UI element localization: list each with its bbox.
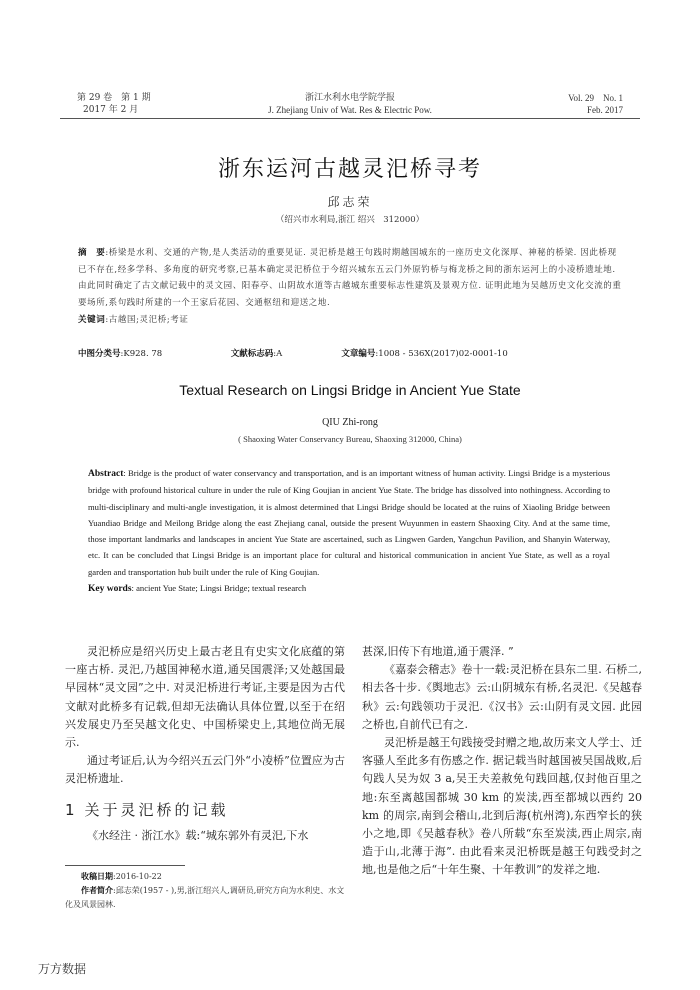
running-header-left: 第 29 卷 第 1 期 2017 年 2 月	[77, 92, 151, 116]
footnote: 收稿日期:2016-10-22 作者简介:邱志荣(1957 - ),男,浙江绍兴…	[65, 870, 350, 912]
date-cn: 2017 年 2 月	[77, 104, 151, 116]
section-title: 关于灵汜桥的记载	[85, 801, 229, 819]
abstract-en-text: : Bridge is the product of water conserv…	[88, 468, 610, 577]
running-header-journal: 浙江水利水电学院学报 J. Zhejiang Univ of Wat. Res …	[200, 92, 500, 116]
body-paragraph: 通过考证后,认为今绍兴五云门外“小凌桥”位置应为古灵汜桥遗址.	[65, 752, 345, 788]
wanfang-watermark: 万方数据	[38, 960, 86, 977]
body-left-column: 灵汜桥应是绍兴历史上最古老且有史实文化底蕴的第一座古桥. 灵汜,乃越国神秘水道,…	[65, 643, 345, 845]
abstract-en: Abstract: Bridge is the product of water…	[88, 465, 610, 597]
body-right-column: 甚深,旧传下有地道,通于震泽. ” 《嘉泰会稽志》卷十一载:灵汜桥在县东二里. …	[362, 643, 642, 880]
document-code: 文献标志码:A	[231, 347, 339, 359]
section-heading-1: 1关于灵汜桥的记载	[65, 801, 345, 819]
keywords-cn-text: :古越国;灵汜桥;考证	[105, 315, 188, 325]
body-paragraph: 灵汜桥是越王句践接受封赠之地,故历来文人学士、迁客骚人至此多有伤感之作. 据记载…	[362, 734, 642, 880]
journal-name-en: J. Zhejiang Univ of Wat. Res & Electric …	[200, 104, 500, 116]
abstract-en-label: Abstract	[88, 469, 123, 479]
received-date: 收稿日期:2016-10-22	[65, 870, 350, 884]
keywords-en-text: : ancient Yue State; Lingsi Bridge; text…	[132, 583, 307, 593]
clc-number: 中图分类号:K928. 78	[78, 347, 228, 359]
volume-issue-en: Vol. 29 No. 1	[568, 92, 623, 104]
author-bio: 作者简介:邱志荣(1957 - ),男,浙江绍兴人,调研员,研究方向为水利史、水…	[65, 884, 350, 912]
affiliation-cn: （绍兴市水利局,浙江 绍兴 312000）	[0, 213, 700, 225]
body-paragraph: 灵汜桥应是绍兴历史上最古老且有史实文化底蕴的第一座古桥. 灵汜,乃越国神秘水道,…	[65, 643, 345, 752]
footnote-rule	[65, 865, 185, 866]
date-en: Feb. 2017	[568, 104, 623, 116]
article-title-cn: 浙东运河古越灵汜桥寻考	[0, 152, 700, 183]
body-paragraph: 《嘉泰会稽志》卷十一载:灵汜桥在县东二里. 石桥二,相去各十步.《舆地志》云:山…	[362, 661, 642, 734]
classification-row: 中图分类号:K928. 78 文献标志码:A 文章编号:1008 - 536X(…	[78, 347, 623, 359]
abstract-cn-text: :桥梁是水利、交通的产物,是人类活动的重要见证. 灵汜桥是越王句践时期越国城东的…	[78, 248, 622, 308]
journal-name-cn: 浙江水利水电学院学报	[200, 92, 500, 104]
running-header-right: Vol. 29 No. 1 Feb. 2017	[568, 92, 623, 116]
body-paragraph: 《水经注 · 浙江水》载:“城东郭外有灵汜,下水	[65, 827, 345, 845]
author-cn: 邱志荣	[0, 193, 700, 210]
body-paragraph-continuation: 甚深,旧传下有地道,通于震泽. ”	[362, 643, 642, 661]
article-number: 文章编号:1008 - 536X(2017)02-0001-10	[341, 347, 507, 359]
abstract-cn: 摘 要:桥梁是水利、交通的产物,是人类活动的重要见证. 灵汜桥是越王句践时期越国…	[78, 245, 623, 329]
keywords-cn-label: 关键词	[78, 315, 105, 325]
author-en: QIU Zhi-rong	[0, 417, 700, 428]
article-title-en: Textual Research on Lingsi Bridge in Anc…	[0, 382, 700, 398]
volume-issue-cn: 第 29 卷 第 1 期	[77, 92, 151, 104]
keywords-en-label: Key words	[88, 584, 132, 594]
abstract-cn-label: 摘 要	[78, 248, 105, 258]
section-number: 1	[65, 801, 75, 819]
affiliation-en: ( Shaoxing Water Conservancy Bureau, Sha…	[0, 434, 700, 444]
header-rule	[60, 118, 640, 119]
